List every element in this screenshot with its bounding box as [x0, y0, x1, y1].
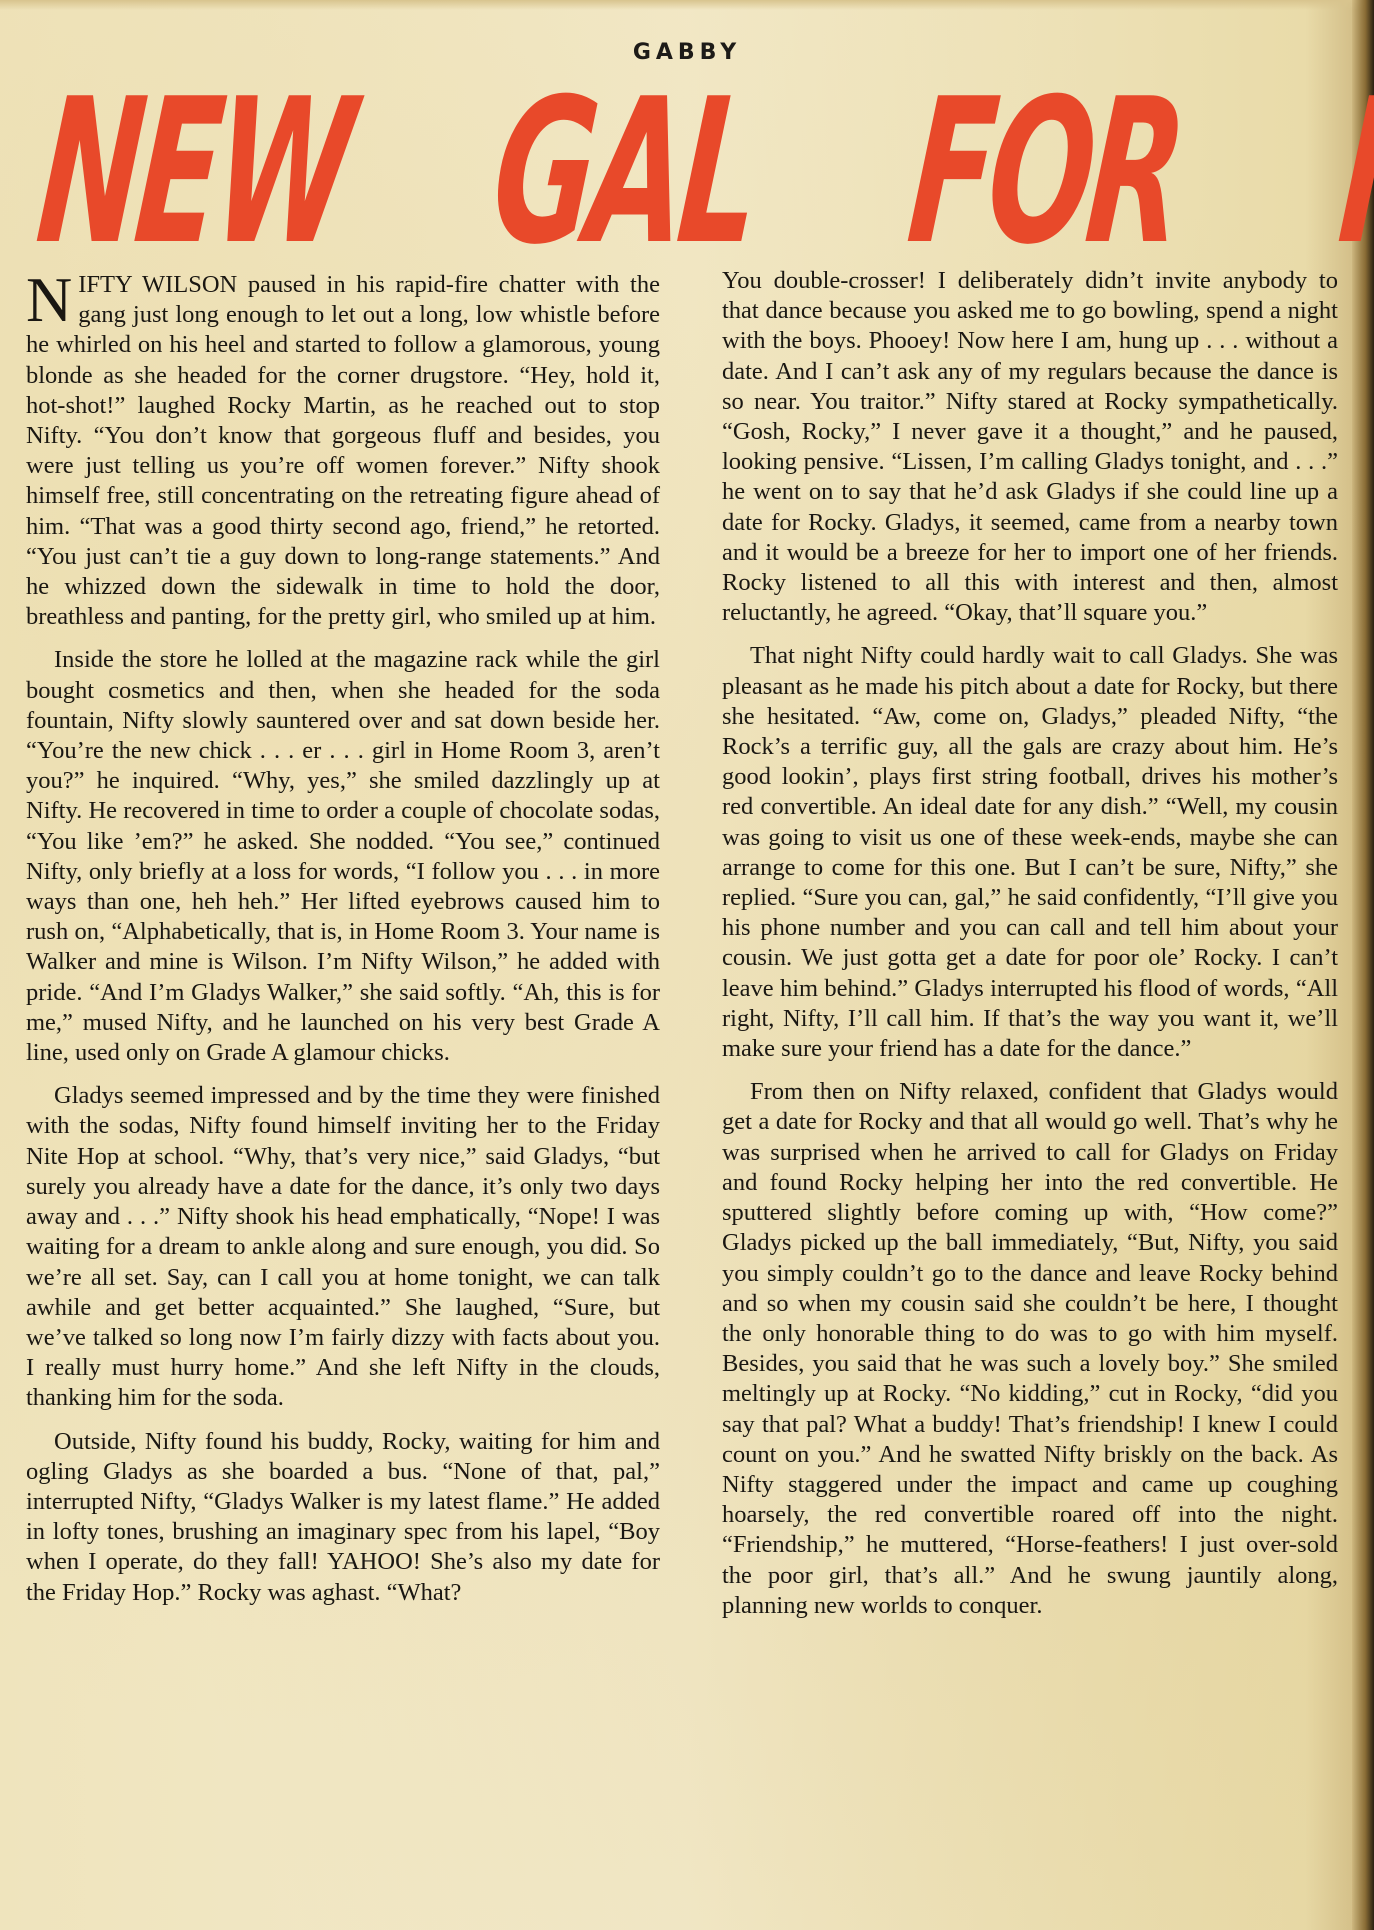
drop-cap: N — [26, 274, 72, 326]
title-word: NEW — [31, 73, 355, 273]
story-paragraph: Outside, Nifty found his buddy, Rocky, w… — [26, 1427, 660, 1608]
story-paragraph: Gladys seemed impressed and by the time … — [26, 1081, 660, 1413]
story-title: NEW GAL FOR NIFTY — [40, 60, 1340, 285]
story-paragraph: Inside the store he lolled at the magazi… — [26, 645, 660, 1068]
story-column-right: You double-crosser! I deliberately didn’… — [722, 266, 1338, 1634]
title-word: FOR — [902, 73, 1186, 273]
story-paragraph: You double-crosser! I deliberately didn’… — [722, 266, 1338, 628]
title-word: NIFTY — [1333, 73, 1374, 273]
story-paragraph: NIFTY WILSON paused in his rapid-fire ch… — [26, 270, 660, 632]
page-top-edge — [0, 0, 1374, 10]
story-paragraph: From then on Nifty relaxed, confident th… — [722, 1077, 1338, 1621]
story-paragraph: That night Nifty could hardly wait to ca… — [722, 641, 1338, 1064]
title-word: GAL — [486, 73, 762, 273]
story-column-left: NIFTY WILSON paused in his rapid-fire ch… — [26, 270, 660, 1621]
page-binding-edge — [1352, 0, 1374, 1930]
